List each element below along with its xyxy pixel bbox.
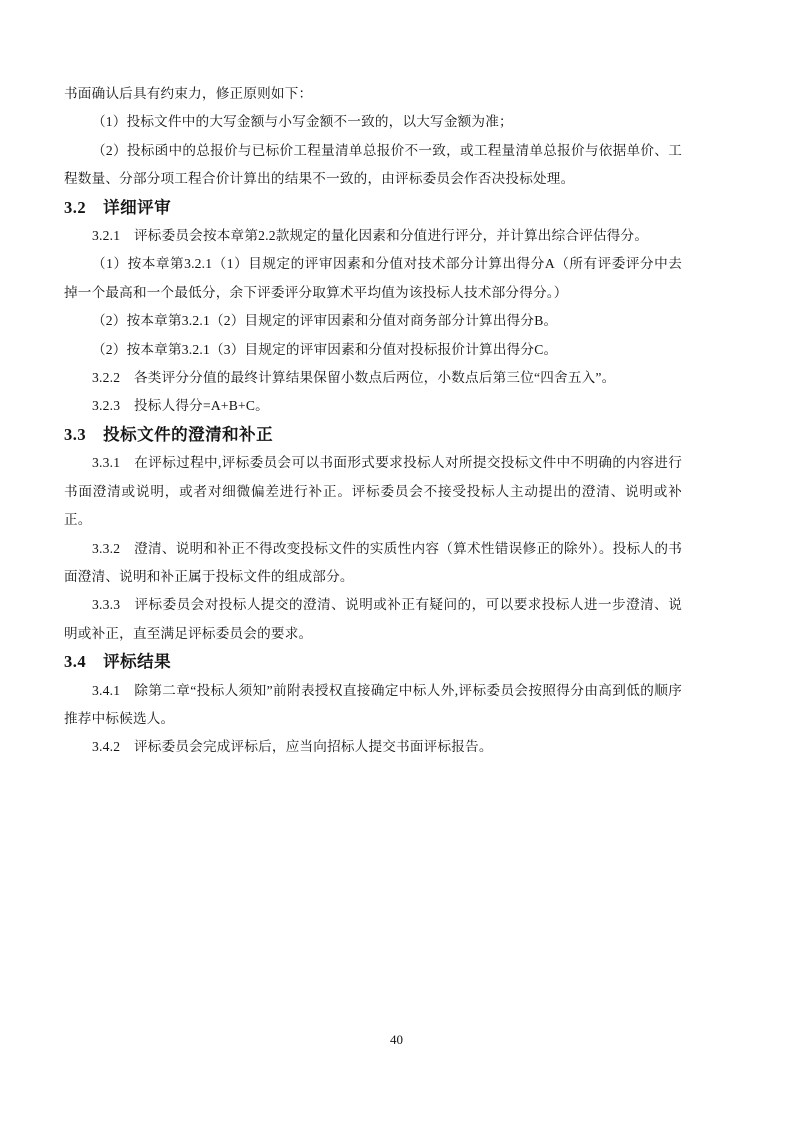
clause-3-3-1: 3.3.1 在评标过程中,评标委员会可以书面形式要求投标人对所提交投标文件中不明…: [64, 449, 682, 534]
clause-3-2-1-item-2: （2）按本章第3.2.1（2）目规定的评审因素和分值对商务部分计算出得分B。: [64, 307, 682, 335]
section-heading-3-4: 3.4 评标结果: [64, 648, 682, 676]
clause-3-2-2: 3.2.2 各类评分分值的最终计算结果保留小数点后两位，小数点后第三位“四舍五入…: [64, 364, 682, 392]
clause-3-3-2: 3.3.2 澄清、说明和补正不得改变投标文件的实质性内容（算术性错误修正的除外）…: [64, 535, 682, 592]
clause-3-3-3: 3.3.3 评标委员会对投标人提交的澄清、说明或补正有疑问的，可以要求投标人进一…: [64, 591, 682, 648]
clause-3-2-1-item-1: （1）按本章第3.2.1（1）目规定的评审因素和分值对技术部分计算出得分A（所有…: [64, 250, 682, 307]
clause-3-4-2: 3.4.2 评标委员会完成评标后，应当向招标人提交书面评标报告。: [64, 733, 682, 761]
clause-3-4-1: 3.4.1 除第二章“投标人须知”前附表授权直接确定中标人外,评标委员会按照得分…: [64, 677, 682, 734]
clause-3-2-1: 3.2.1 评标委员会按本章第2.2款规定的量化因素和分值进行评分，并计算出综合…: [64, 222, 682, 250]
list-item-1: （1）投标文件中的大写金额与小写金额不一致的，以大写金额为准；: [64, 108, 682, 136]
clause-3-2-3: 3.2.3 投标人得分=A+B+C。: [64, 392, 682, 420]
clause-3-2-1-item-3: （2）按本章第3.2.1（3）目规定的评审因素和分值对投标报价计算出得分C。: [64, 336, 682, 364]
section-heading-3-3: 3.3 投标文件的澄清和补正: [64, 421, 682, 449]
document-body: 书面确认后具有约束力，修正原则如下： （1）投标文件中的大写金额与小写金额不一致…: [64, 80, 682, 762]
section-heading-3-2: 3.2 详细评审: [64, 194, 682, 222]
list-item-2: （2）投标函中的总报价与已标价工程量清单总报价不一致，或工程量清单总报价与依据单…: [64, 137, 682, 194]
paragraph-continuation: 书面确认后具有约束力，修正原则如下：: [64, 80, 682, 108]
page-number: 40: [0, 1032, 793, 1048]
document-page: 书面确认后具有约束力，修正原则如下： （1）投标文件中的大写金额与小写金额不一致…: [0, 0, 793, 1122]
